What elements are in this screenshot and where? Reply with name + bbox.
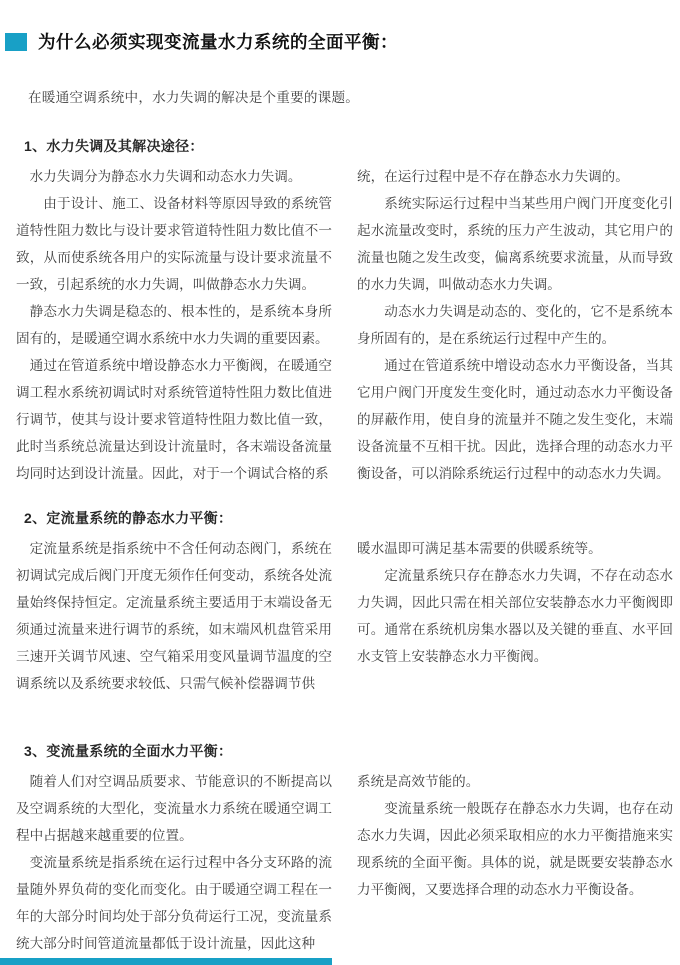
two-column-text: 水力失调分为静态水力失调和动态水力失调。由于设计、施工、设备材料等原因导致的系统…: [0, 163, 680, 487]
intro-paragraph: 在暖通空调系统中，水力失调的解决是个重要的课题。: [28, 86, 359, 106]
section-heading: 2、定流量系统的静态水力平衡：: [24, 508, 680, 528]
document-header: 为什么必须实现变流量水力系统的全面平衡：: [5, 29, 398, 54]
paragraph: 由于设计、施工、设备材料等原因导致的系统管道特性阻力数比与设计要求管道特性阻力数…: [16, 190, 332, 298]
paragraph: 静态水力失调是稳态的、根本性的，是系统本身所固有的，是暖通空调水系统中水力失调的…: [16, 298, 332, 352]
paragraph: 通过在管道系统中增设静态水力平衡阀，在暖通空调工程水系统初调试时对系统管道特性阻…: [16, 352, 332, 487]
paragraph: 变流量系统一般既存在静态水力失调，也存在动态水力失调，因此必须采取相应的水力平衡…: [357, 795, 673, 903]
paragraph: 定流量系统是指系统中不含任何动态阀门，系统在初调试完成后阀门开度无须作任何变动，…: [16, 535, 332, 697]
right-column: 系统是高效节能的。变流量系统一般既存在静态水力失调，也存在动态水力失调，因此必须…: [357, 768, 673, 957]
paragraph: 暖水温即可满足基本需要的供暖系统等。: [357, 535, 673, 562]
section-1: 1、水力失调及其解决途径：水力失调分为静态水力失调和动态水力失调。由于设计、施工…: [0, 136, 680, 487]
paragraph: 通过在管道系统中增设动态水力平衡设备，当其它用户阀门开度发生变化时，通过动态水力…: [357, 352, 673, 487]
page-title: 为什么必须实现变流量水力系统的全面平衡：: [38, 29, 398, 54]
paragraph: 水力失调分为静态水力失调和动态水力失调。: [16, 163, 332, 190]
document-page: 为什么必须实现变流量水力系统的全面平衡： 在暖通空调系统中，水力失调的解决是个重…: [0, 0, 680, 965]
paragraph: 随着人们对空调品质要求、节能意识的不断提高以及空调系统的大型化，变流量水力系统在…: [16, 768, 332, 849]
paragraph: 系统实际运行过程中当某些用户阀门开度变化引起水流量改变时，系统的压力产生波动，其…: [357, 190, 673, 298]
left-column: 水力失调分为静态水力失调和动态水力失调。由于设计、施工、设备材料等原因导致的系统…: [16, 163, 332, 487]
paragraph: 统，在运行过程中是不存在静态水力失调的。: [357, 163, 673, 190]
section-3: 3、变流量系统的全面水力平衡：随着人们对空调品质要求、节能意识的不断提高以及空调…: [0, 741, 680, 957]
right-column: 统，在运行过程中是不存在静态水力失调的。系统实际运行过程中当某些用户阀门开度变化…: [357, 163, 673, 487]
two-column-text: 随着人们对空调品质要求、节能意识的不断提高以及空调系统的大型化，变流量水力系统在…: [0, 768, 680, 957]
footer-accent-bar: [0, 958, 332, 965]
paragraph: 变流量系统是指系统在运行过程中各分支环路的流量随外界负荷的变化而变化。由于暖通空…: [16, 849, 332, 957]
square-bullet-icon: [5, 33, 27, 51]
right-column: 暖水温即可满足基本需要的供暖系统等。定流量系统只存在静态水力失调，不存在动态水力…: [357, 535, 673, 697]
left-column: 定流量系统是指系统中不含任何动态阀门，系统在初调试完成后阀门开度无须作任何变动，…: [16, 535, 332, 697]
section-2: 2、定流量系统的静态水力平衡：定流量系统是指系统中不含任何动态阀门，系统在初调试…: [0, 508, 680, 697]
paragraph: 定流量系统只存在静态水力失调，不存在动态水力失调，因此只需在相关部位安装静态水力…: [357, 562, 673, 670]
left-column: 随着人们对空调品质要求、节能意识的不断提高以及空调系统的大型化，变流量水力系统在…: [16, 768, 332, 957]
paragraph: 动态水力失调是动态的、变化的，它不是系统本身所固有的，是在系统运行过程中产生的。: [357, 298, 673, 352]
two-column-text: 定流量系统是指系统中不含任何动态阀门，系统在初调试完成后阀门开度无须作任何变动，…: [0, 535, 680, 697]
paragraph: 系统是高效节能的。: [357, 768, 673, 795]
section-heading: 3、变流量系统的全面水力平衡：: [24, 741, 680, 761]
section-heading: 1、水力失调及其解决途径：: [24, 136, 680, 156]
